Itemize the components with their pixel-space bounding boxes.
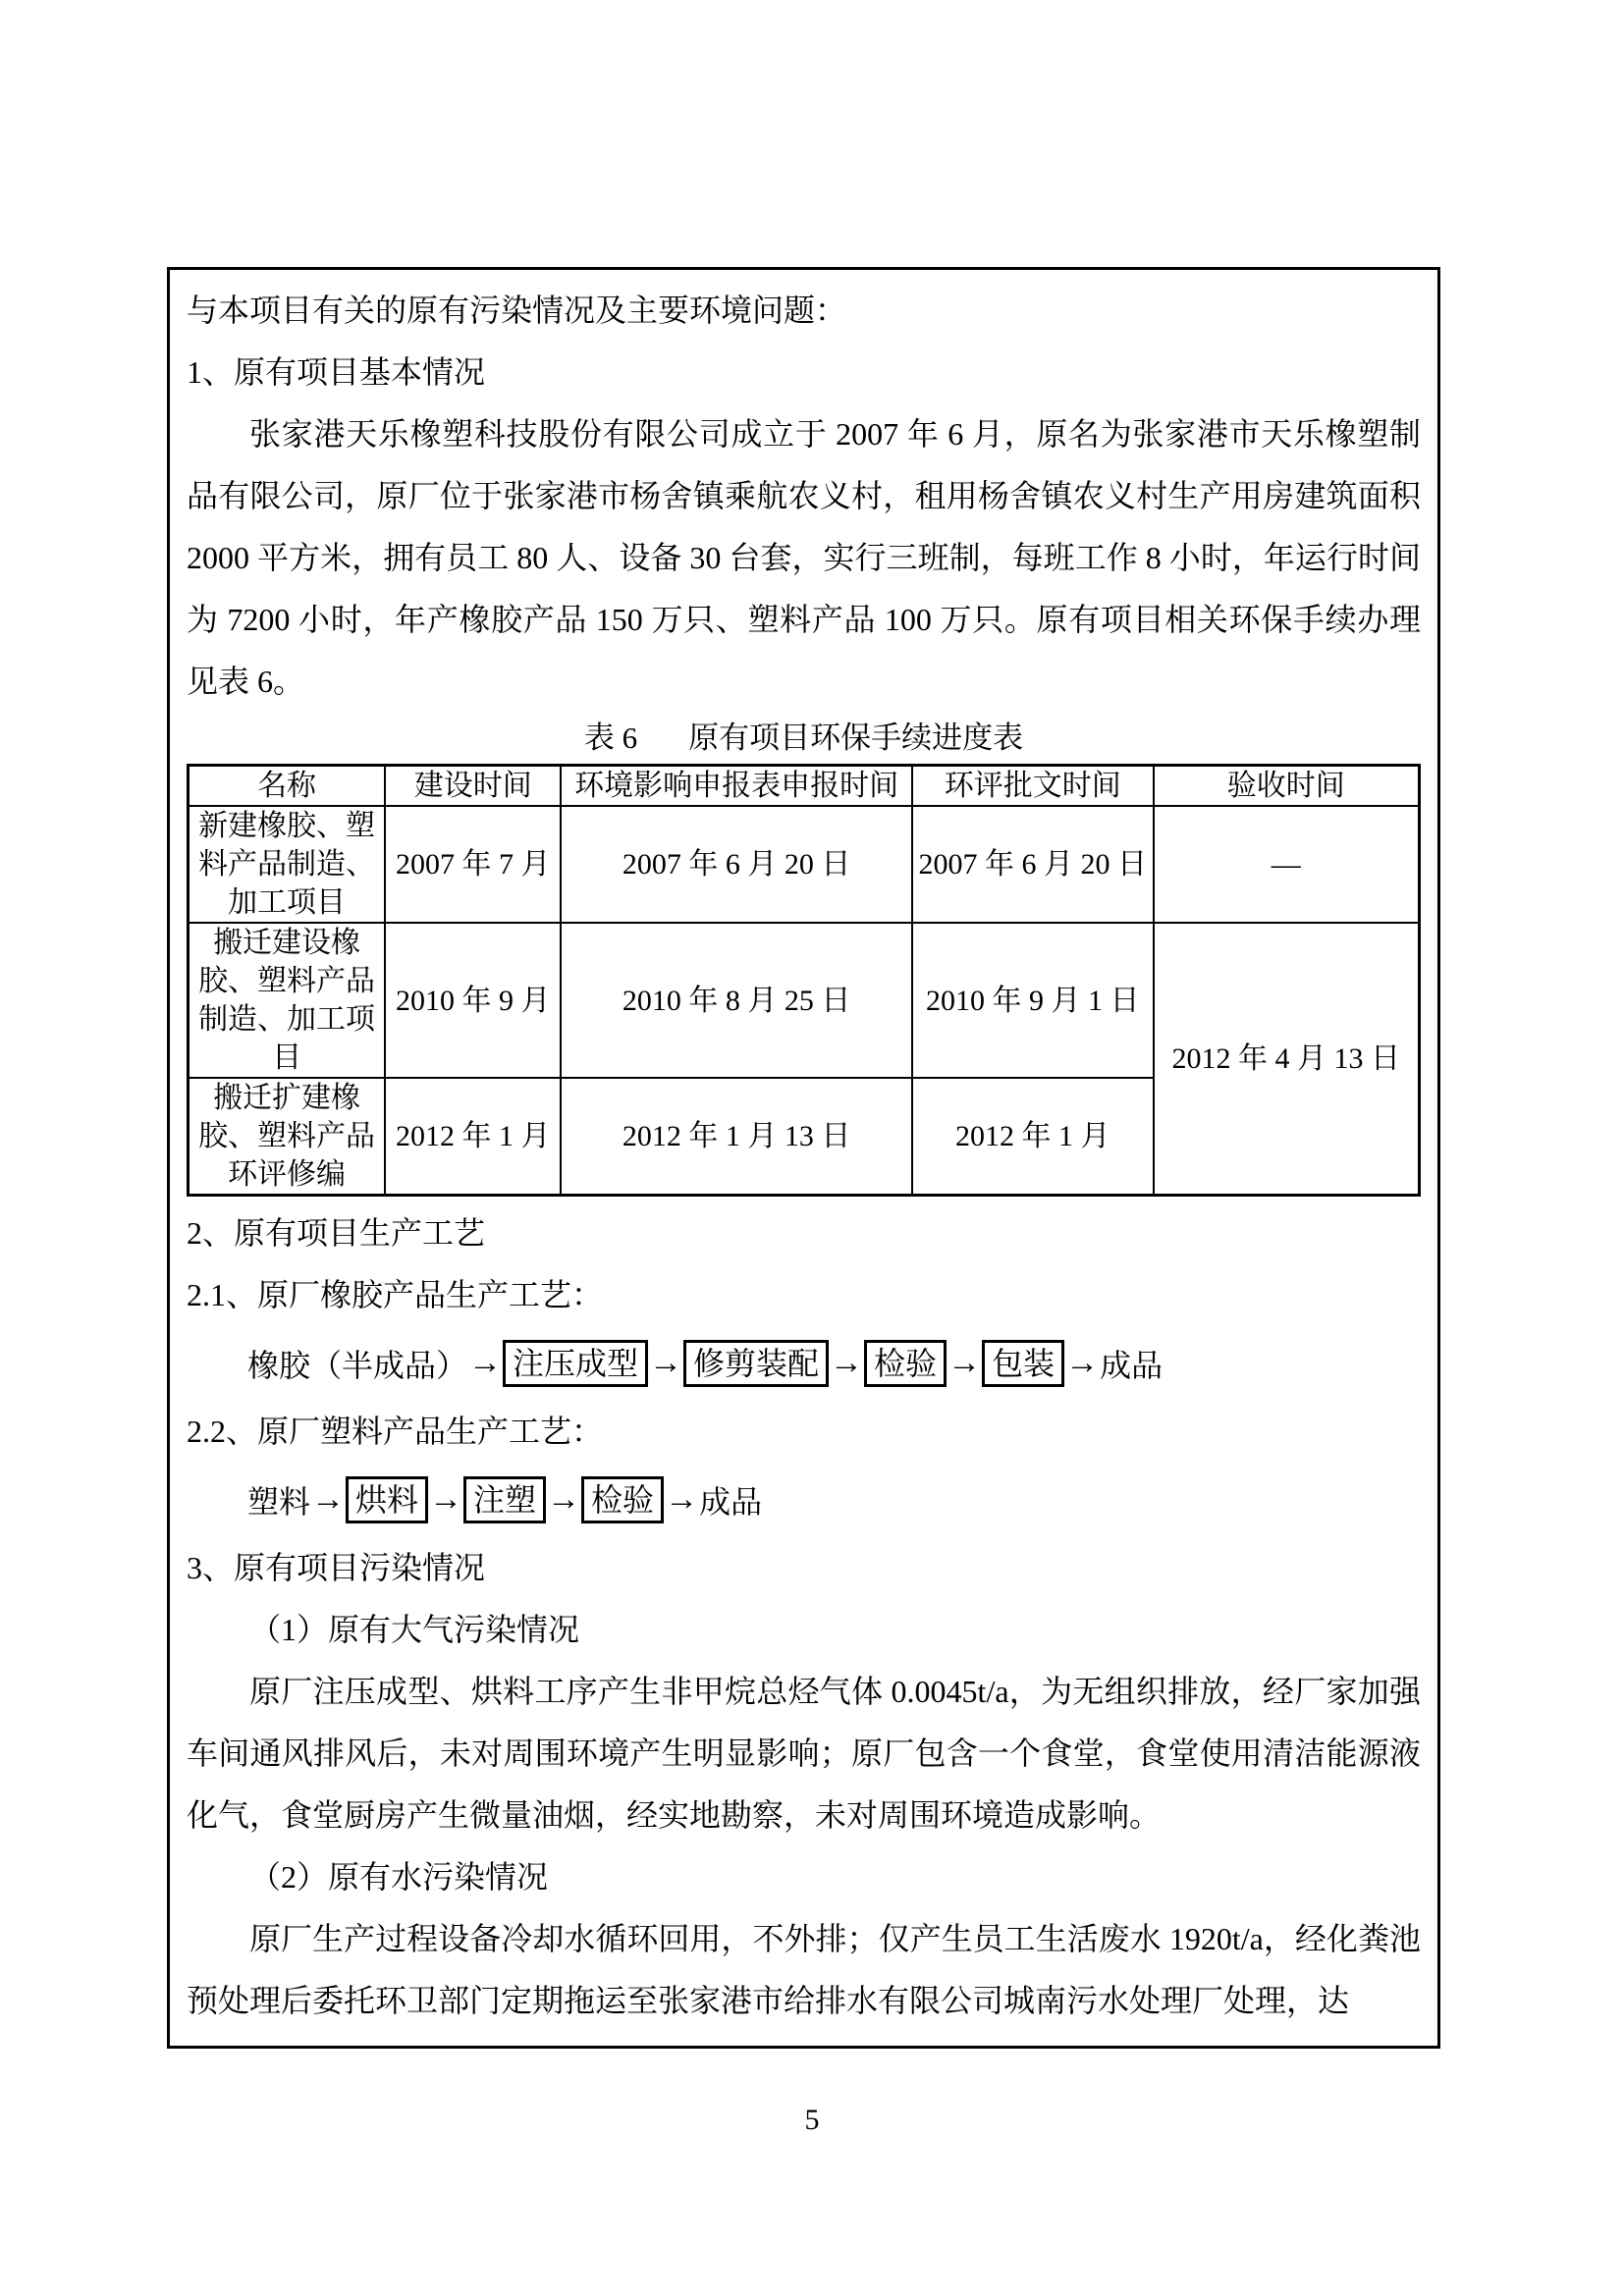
cell-approval-time: 2010 年 9 月 1 日 — [912, 923, 1154, 1078]
table-caption-label: 表 6 — [584, 721, 637, 755]
flow-step-box: 检验 — [581, 1476, 664, 1523]
flow-arrow-icon: → — [467, 1345, 503, 1382]
cell-build-time: 2012 年 1 月 — [385, 1078, 561, 1196]
table-caption: 表 6原有项目环保手续进度表 — [187, 713, 1421, 764]
header-name: 名称 — [189, 766, 386, 807]
plastic-process-flow: 塑料→烘料→注塑→检验→成品 — [187, 1463, 1421, 1537]
flow-start-label: 塑料 — [247, 1477, 310, 1522]
flow-end-label: 成品 — [699, 1477, 762, 1522]
flow-step-box: 包装 — [982, 1340, 1064, 1387]
flow-arrow-icon: → — [546, 1481, 581, 1519]
flow-step-box: 检验 — [864, 1340, 947, 1387]
air-pollution-paragraph: 原厂注压成型、烘料工序产生非甲烷总烃气体 0.0045t/a，为无组织排放，经厂… — [187, 1661, 1421, 1846]
flow-arrow-icon: → — [310, 1481, 346, 1519]
section-1-paragraph: 张家港天乐橡塑科技股份有限公司成立于 2007 年 6 月，原名为张家港市天乐橡… — [187, 403, 1421, 713]
header-report-time: 环境影响申报表申报时间 — [561, 766, 911, 807]
flow-step-box: 烘料 — [346, 1476, 428, 1523]
intro-line: 与本项目有关的原有污染情况及主要环境问题： — [187, 280, 1421, 342]
table-caption-title: 原有项目环保手续进度表 — [688, 721, 1023, 755]
cell-project-name: 搬迁建设橡胶、塑料产品制造、加工项目 — [189, 923, 386, 1078]
page-number: 5 — [0, 2101, 1624, 2140]
cell-build-time: 2010 年 9 月 — [385, 923, 561, 1078]
procedures-table: 名称 建设时间 环境影响申报表申报时间 环评批文时间 验收时间 新建橡胶、塑料产… — [187, 764, 1421, 1197]
section-1-heading: 1、原有项目基本情况 — [187, 342, 1421, 403]
flow-step-box: 注塑 — [463, 1476, 546, 1523]
flow-arrow-icon: → — [829, 1345, 864, 1382]
section-2-2-heading: 2.2、原厂塑料产品生产工艺： — [187, 1401, 1421, 1463]
section-3-2-heading: （2）原有水污染情况 — [187, 1846, 1421, 1908]
cell-report-time: 2007 年 6 月 20 日 — [561, 806, 911, 923]
cell-project-name: 新建橡胶、塑料产品制造、加工项目 — [189, 806, 386, 923]
flow-arrow-icon: → — [947, 1345, 982, 1382]
section-3-heading: 3、原有项目污染情况 — [187, 1537, 1421, 1599]
section-3-1-heading: （1）原有大气污染情况 — [187, 1599, 1421, 1661]
flow-step-box: 注压成型 — [503, 1340, 648, 1387]
flow-arrow-icon: → — [1064, 1345, 1100, 1382]
cell-approval-time: 2012 年 1 月 — [912, 1078, 1154, 1196]
water-pollution-paragraph: 原厂生产过程设备冷却水循环回用，不外排；仅产生员工生活废水 1920t/a，经化… — [187, 1908, 1421, 2032]
flow-end-label: 成品 — [1100, 1341, 1163, 1386]
cell-approval-time: 2007 年 6 月 20 日 — [912, 806, 1154, 923]
flow-step-box: 修剪装配 — [683, 1340, 829, 1387]
section-2-1-heading: 2.1、原厂橡胶产品生产工艺： — [187, 1264, 1421, 1326]
table-header-row: 名称 建设时间 环境影响申报表申报时间 环评批文时间 验收时间 — [189, 766, 1420, 807]
header-approval-time: 环评批文时间 — [912, 766, 1154, 807]
table-row: 新建橡胶、塑料产品制造、加工项目 2007 年 7 月 2007 年 6 月 2… — [189, 806, 1420, 923]
cell-project-name: 搬迁扩建橡胶、塑料产品环评修编 — [189, 1078, 386, 1196]
cell-acceptance-time-merged: 2012 年 4 月 13 日 — [1154, 923, 1420, 1196]
flow-arrow-icon: → — [428, 1481, 463, 1519]
cell-acceptance-time: — — [1154, 806, 1420, 923]
cell-report-time: 2012 年 1 月 13 日 — [561, 1078, 911, 1196]
cell-build-time: 2007 年 7 月 — [385, 806, 561, 923]
flow-arrow-icon: → — [648, 1345, 683, 1382]
content-box: 与本项目有关的原有污染情况及主要环境问题： 1、原有项目基本情况 张家港天乐橡塑… — [167, 267, 1440, 2049]
document-page: 与本项目有关的原有污染情况及主要环境问题： 1、原有项目基本情况 张家港天乐橡塑… — [0, 0, 1624, 2296]
flow-arrow-icon: → — [664, 1481, 699, 1519]
table-row: 搬迁建设橡胶、塑料产品制造、加工项目 2010 年 9 月 2010 年 8 月… — [189, 923, 1420, 1078]
rubber-process-flow: 橡胶（半成品）→注压成型→修剪装配→检验→包装→成品 — [187, 1326, 1421, 1401]
cell-report-time: 2010 年 8 月 25 日 — [561, 923, 911, 1078]
flow-start-label: 橡胶（半成品） — [247, 1341, 467, 1386]
header-acceptance-time: 验收时间 — [1154, 766, 1420, 807]
section-2-heading: 2、原有项目生产工艺 — [187, 1202, 1421, 1264]
header-build-time: 建设时间 — [385, 766, 561, 807]
